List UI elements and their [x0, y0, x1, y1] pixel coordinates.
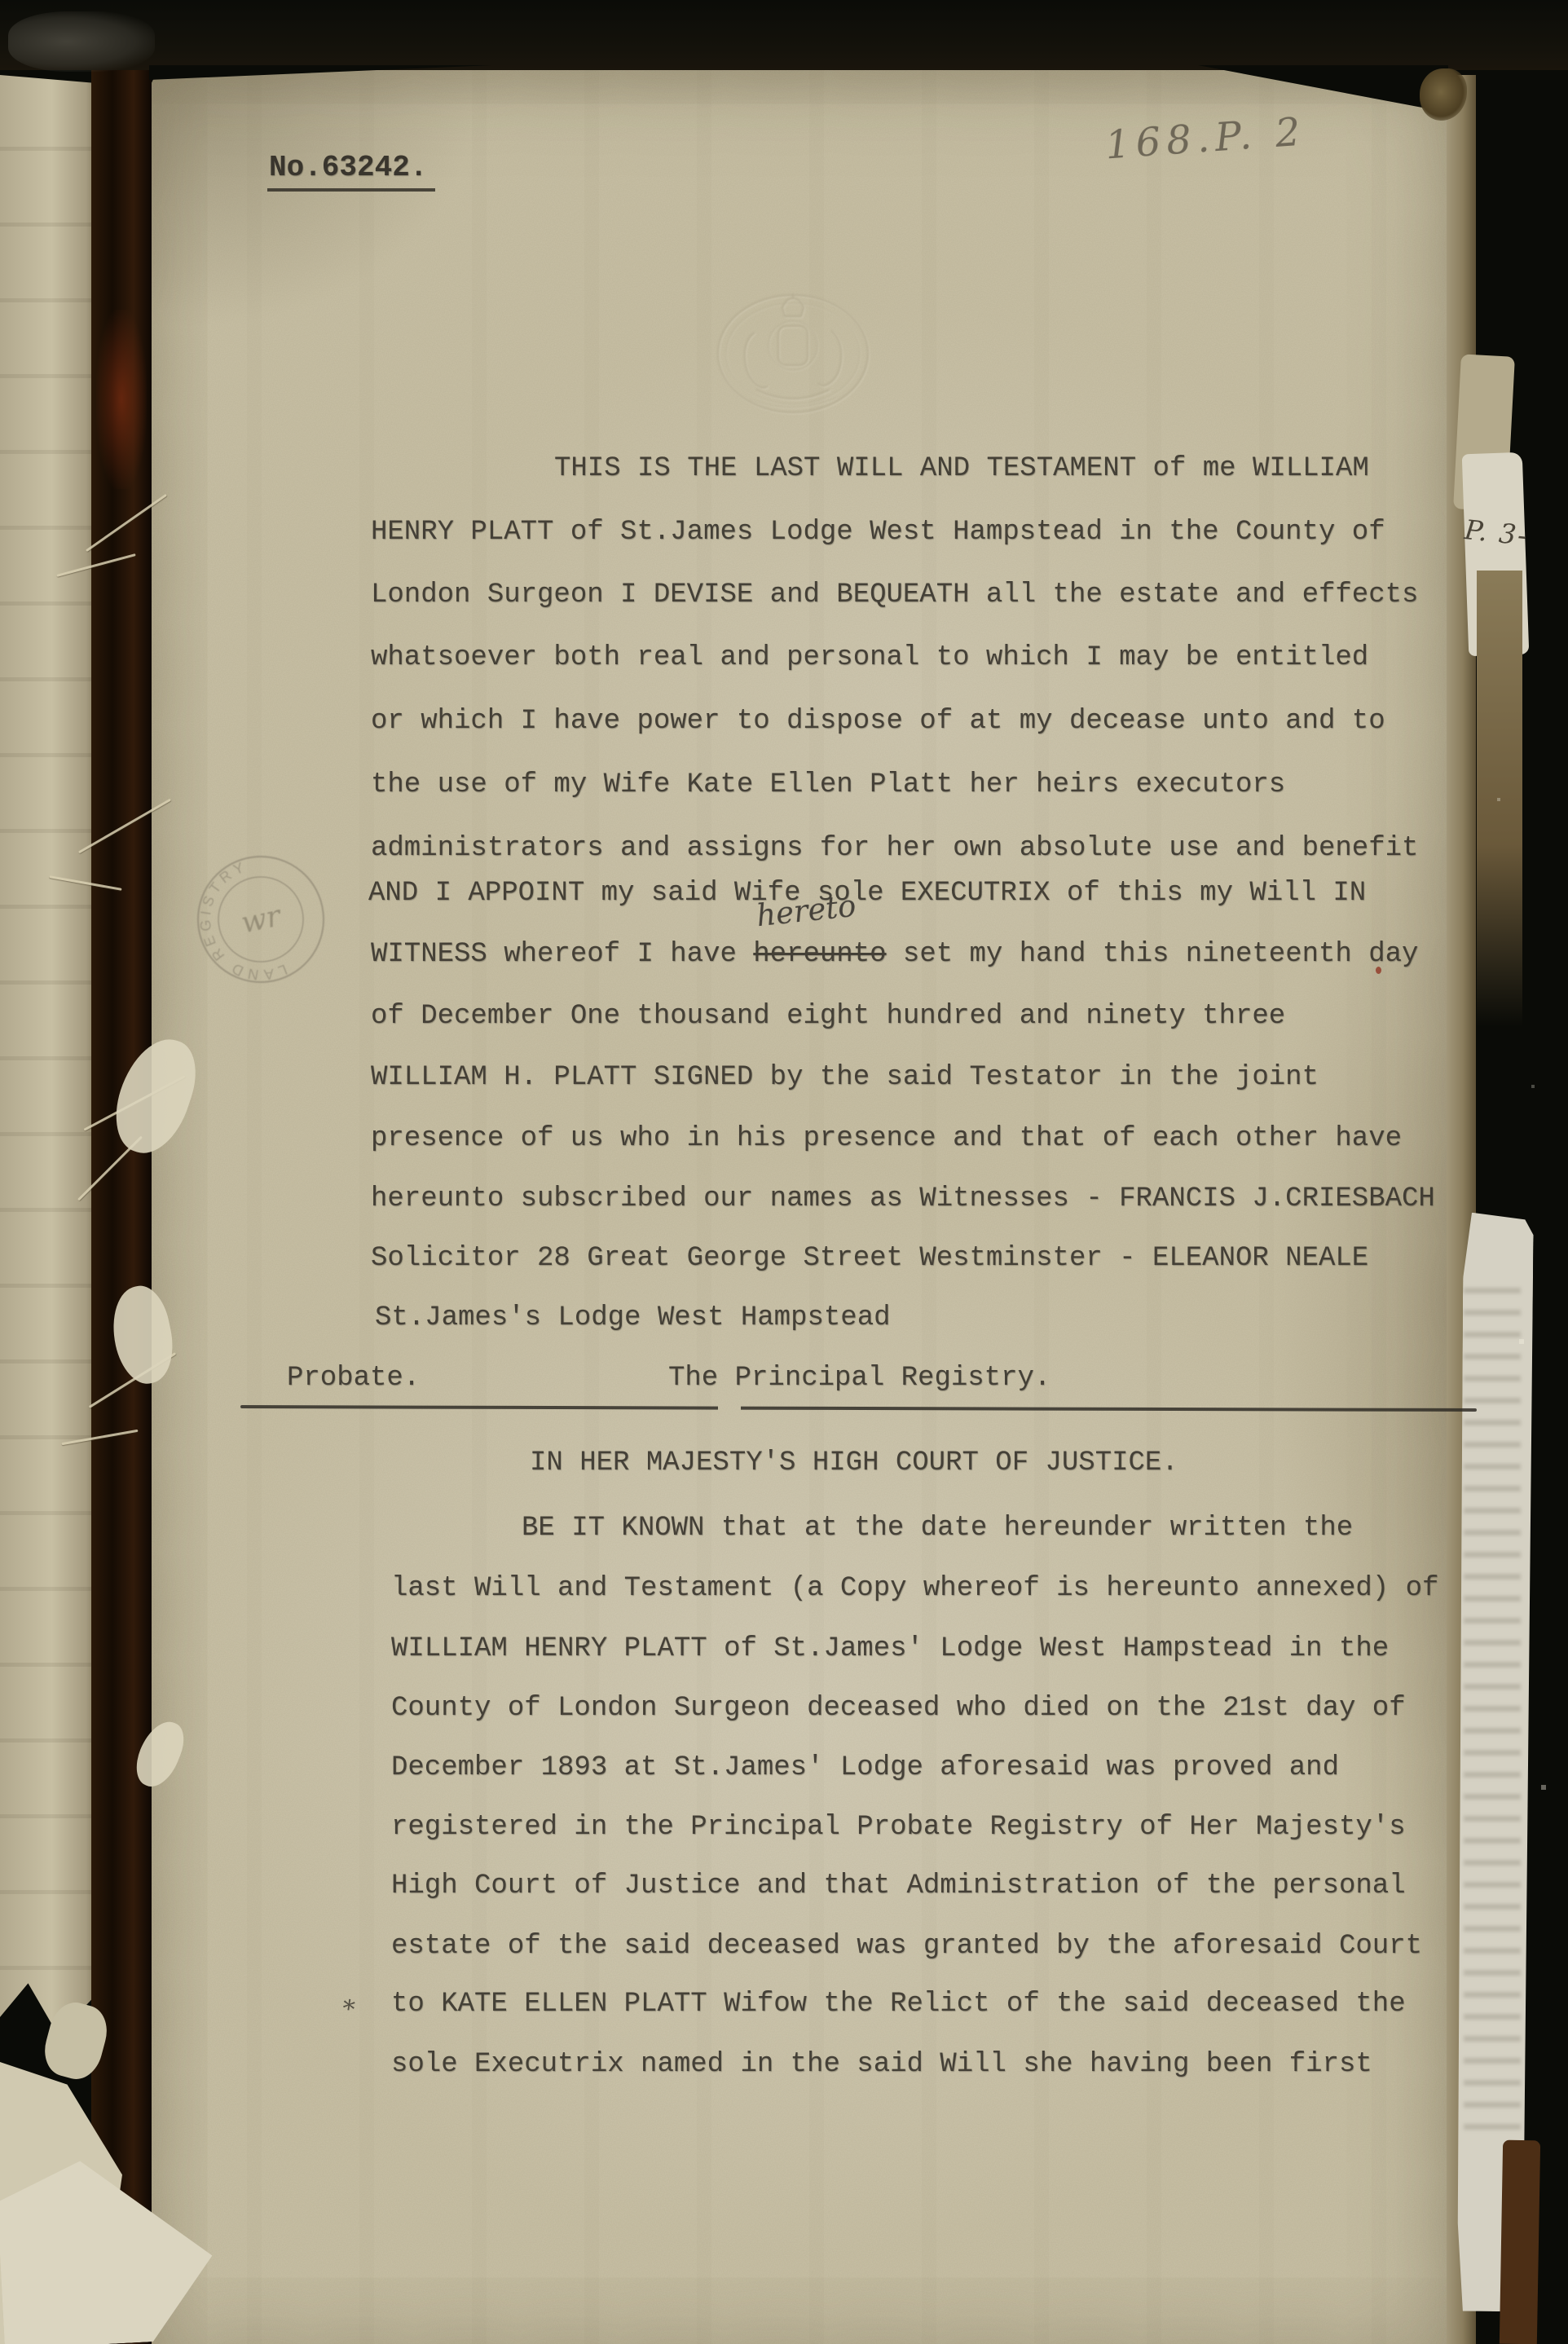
will-line: THIS IS THE LAST WILL AND TESTAMENT of m…: [554, 453, 1369, 485]
grant-line: estate of the said deceased was granted …: [391, 1931, 1422, 1963]
land-registry-stamp: LAND REGISTRY wr: [192, 851, 329, 988]
principal-registry-label: The Principal Registry.: [668, 1363, 1050, 1395]
grant-line: December 1893 at St.James' Lodge aforesa…: [391, 1752, 1339, 1784]
will-line: presence of us who in his presence and t…: [371, 1123, 1402, 1155]
embossed-royal-arms-seal: [707, 284, 880, 424]
registry-row: Probate.The Principal Registry.: [287, 1363, 420, 1395]
grant-line: County of London Surgeon deceased who di…: [391, 1693, 1406, 1725]
grant-line: last Will and Testament (a Copy whereof …: [391, 1573, 1438, 1605]
book-scan-photo: { "document": { "kind": "typewritten pro…: [0, 0, 1568, 2344]
will-line: whatsoever both real and personal to whi…: [371, 642, 1368, 674]
witness-pre: WITNESS whereof I have: [371, 939, 753, 970]
will-line: St.James's Lodge West Hampstead: [375, 1302, 891, 1334]
will-line: or which I have power to dispose of at m…: [371, 706, 1385, 738]
probate-label: Probate.: [287, 1363, 420, 1394]
ink-bleedthrough-texture: [1464, 1271, 1521, 2135]
grant-line: to KATE ELLEN PLATT Wifow the Relict of …: [391, 1989, 1406, 2020]
will-line: AND I APPOINT my said Wife sole EXECUTRI…: [368, 878, 1366, 910]
grant-line: registered in the Principal Probate Regi…: [391, 1812, 1406, 1844]
grant-line: sole Executrix named in the said Will sh…: [391, 2049, 1372, 2081]
grant-line: High Court of Justice and that Administr…: [391, 1870, 1406, 1902]
witness-post: set my hand this nineteenth day: [887, 939, 1419, 970]
book-board-edge: [1500, 2140, 1540, 2344]
document-number: No.63242.: [267, 153, 435, 192]
book-spine-top: [0, 0, 1568, 70]
will-line: administrators and assigns for her own a…: [371, 833, 1418, 865]
page-edge-shadow-strip: [1477, 571, 1522, 1027]
will-line: Solicitor 28 Great George Street Westmin…: [371, 1243, 1368, 1275]
grant-line: WILLIAM HENRY PLATT of St.James' Lodge W…: [391, 1633, 1389, 1665]
will-witness-line: WITNESS whereof I have hereunto set my h…: [371, 939, 1418, 971]
will-line: of December One thousand eight hundred a…: [371, 1001, 1285, 1033]
struck-word: hereunto: [753, 939, 886, 970]
will-line: hereunto subscribed our names as Witness…: [371, 1183, 1435, 1215]
stamp-initials: wr: [238, 899, 284, 940]
binding-wear-patch: [8, 11, 155, 72]
will-line: London Surgeon I DEVISE and BEQUEATH all…: [371, 579, 1418, 611]
edge-page-reference: P. 3-: [1463, 513, 1530, 552]
grant-line: BE IT KNOWN that at the date hereunder w…: [522, 1513, 1353, 1544]
previous-page-edge: [0, 75, 94, 2067]
will-line: WILLIAM H. PLATT SIGNED by the said Test…: [371, 1062, 1319, 1094]
court-heading: IN HER MAJESTY'S HIGH COURT OF JUSTICE.: [530, 1447, 1178, 1479]
will-line: HENRY PLATT of St.James Lodge West Hamps…: [371, 517, 1385, 549]
gutter-glue-stain: [96, 310, 147, 489]
will-line: the use of my Wife Kate Ellen Platt her …: [371, 769, 1285, 801]
